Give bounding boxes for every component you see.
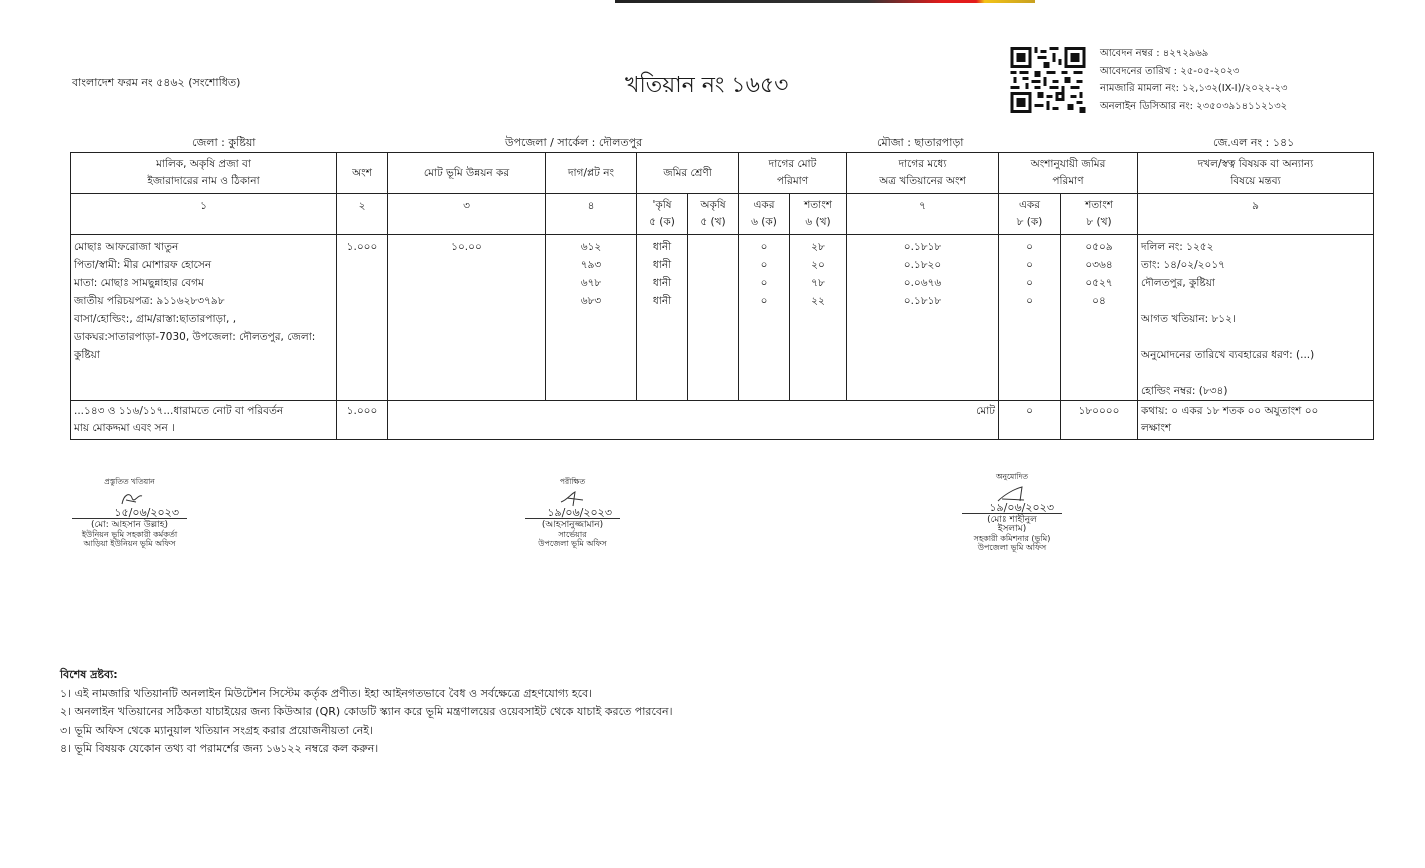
signature-approved: অনুমোদিত ১৯/০৬/২০২৩ (মোঃ শাহীনুল ইসলাম) … (962, 472, 1062, 552)
dag-numbers: ৬১২৭৯৩৬৭৮৬৮৩ (546, 235, 637, 401)
note-item: ১। এই নামজারি খতিয়ানটি অনলাইন মিউটেশন স… (60, 685, 673, 704)
share-decimal: ০৫০৯০৩৬৪০৫২৭০৪ (1061, 235, 1138, 401)
owner-nid: জাতীয় পরিচয়পত্র: ৯১১৬২৮৩৭৯৮ (74, 292, 333, 310)
footer-note: ...১৪৩ ও ১১৬/১১৭...ধারামতে নোট বা পরিবর্… (71, 401, 337, 440)
header-dag-no: দাগ/প্লট নং (546, 153, 637, 194)
col-num-5b: অকৃষি৫ (খ) (688, 194, 739, 235)
column-number-row: ১ ২ ৩ ৪ 'কৃষি৫ (ক) অকৃষি৫ (খ) একর৬ (ক) শ… (71, 194, 1374, 235)
khatian-table: মালিক, অকৃষি প্রজা বাইজারাদারের নাম ও ঠি… (70, 152, 1374, 440)
header-owner: মালিক, অকৃষি প্রজা বাইজারাদারের নাম ও ঠি… (71, 153, 337, 194)
owner-address-3: কুষ্টিয়া (74, 346, 333, 364)
notes-heading: বিশেষ দ্রষ্টব্য: (60, 666, 673, 685)
land-class-agri: ধানীধানীধানীধানী (637, 235, 688, 401)
dag-total-decimal: ২৮২০৭৮২২ (790, 235, 847, 401)
total-row: ...১৪৩ ও ১১৬/১১৭...ধারামতে নোট বা পরিবর্… (71, 401, 1374, 440)
remarks: দলিল নং: ১২৫২ তাং: ১৪/০২/২০১৭ দৌলতপুর, ক… (1138, 235, 1374, 401)
col-num-8a: একর৮ (ক) (999, 194, 1061, 235)
header-row: মালিক, অকৃষি প্রজা বাইজারাদারের নাম ও ঠি… (71, 153, 1374, 194)
note-item: ৩। ভূমি অফিস থেকে ম্যানুয়াল খতিয়ান সংগ… (60, 722, 673, 741)
signature-scrawl-icon (525, 490, 620, 508)
signature-scrawl-icon (72, 490, 187, 508)
header-land-class: জমির শ্রেণী (637, 153, 739, 194)
total-decimal: ১৮০০০০ (1061, 401, 1138, 440)
owner-row: মোছাঃ আফরোজা খাতুন পিতা/স্বামী: মীর মোশা… (71, 235, 1374, 401)
deed-date: তাং: ১৪/০২/২০১৭ (1141, 256, 1370, 274)
district: জেলা : কুষ্টিয়া (192, 134, 256, 153)
qr-code-icon (1010, 47, 1086, 113)
dag-total-acre: ০০০০ (739, 235, 790, 401)
incoming-khatian: আগত খতিয়ান: ৮১২। (1141, 310, 1370, 328)
total-in-words: কথায়: ০ একর ১৮ শতক ০০ অযুতাংশ ০০লক্ষাংশ (1138, 401, 1374, 440)
share-in-dag: ০.১৮১৮০.১৮২০০.০৬৭৬০.১৮১৮ (847, 235, 999, 401)
jl-number: জে.এল নং : ১৪১ (1213, 134, 1294, 153)
header-land-dev-tax: মোট ভূমি উন্নয়ন কর (388, 153, 546, 194)
col-num-1: ১ (71, 194, 337, 235)
mouza: মৌজা : ছাতারপাড়া (877, 134, 964, 153)
footer-share: ১.০০০ (337, 401, 388, 440)
holding-number: হোল্ডিং নম্বর: (৮৩৪) (1141, 382, 1370, 400)
total-acre: ০ (999, 401, 1061, 440)
note-item: ৪। ভূমি বিষয়ক যেকোন তথ্য বা পরামর্শের জ… (60, 740, 673, 759)
header-share: অংশ (337, 153, 388, 194)
total-label: মোট (388, 401, 999, 440)
col-num-2: ২ (337, 194, 388, 235)
share-acre: ০০০০ (999, 235, 1061, 401)
signature-examined: পরীক্ষিত ১৯/০৬/২০২৩ (আহসানুজ্জামান) সার্… (525, 477, 620, 548)
mutation-case-number: নামজারি মামলা নং: ১২,১৩২(IX-I)/২০২২-২৩ (1100, 80, 1287, 98)
application-number: আবেদন নম্বর : ৪২৭২৯৬৯ (1100, 45, 1287, 63)
application-date: আবেদনের তারিখ : ২৫-০৫-২০২৩ (1100, 63, 1287, 81)
col-num-8b: শতাংশ৮ (খ) (1061, 194, 1138, 235)
header-remarks: দখল/স্বত্ব বিষয়ক বা অন্যান্যবিষয়ে মন্ত… (1138, 153, 1374, 194)
owner-name: মোছাঃ আফরোজা খাতুন (74, 238, 333, 256)
top-color-strip (615, 0, 1035, 3)
upazila-circle: উপজেলা / সার্কেল : দৌলতপুর (505, 134, 642, 153)
header-land-by-share: অংশানুযায়ী জমিরপরিমাণ (999, 153, 1138, 194)
col-num-5a: 'কৃষি৫ (ক) (637, 194, 688, 235)
owner-share: ১.০০০ (337, 235, 388, 401)
header-share-in-dag: দাগের মধ্যেঅত্র খতিয়ানের অংশ (847, 153, 999, 194)
owner-father-husband: পিতা/স্বামী: মীর মোশারফ হোসেন (74, 256, 333, 274)
owner-details: মোছাঃ আফরোজা খাতুন পিতা/স্বামী: মীর মোশা… (71, 235, 337, 401)
application-info: আবেদন নম্বর : ৪২৭২৯৬৯ আবেদনের তারিখ : ২৫… (1100, 45, 1287, 115)
land-class-nonagri (688, 235, 739, 401)
online-dcr-number: অনলাইন ডিসিআর নং: ২৩৫০৩৯১৪১১২১৩২ (1100, 98, 1287, 116)
signature-prepared: প্রস্তুতিত খতিয়ান ১৫/০৬/২০২৩ (মো: আহসান… (72, 477, 187, 548)
col-num-6b: শতাংশ৬ (খ) (790, 194, 847, 235)
deed-place: দৌলতপুর, কুষ্টিয়া (1141, 274, 1370, 292)
col-num-4: ৪ (546, 194, 637, 235)
col-num-3: ৩ (388, 194, 546, 235)
signature-scrawl-icon (962, 485, 1062, 503)
deed-number: দলিল নং: ১২৫২ (1141, 238, 1370, 256)
col-num-9: ৯ (1138, 194, 1374, 235)
header-dag-total: দাগের মোটপরিমাণ (739, 153, 847, 194)
owner-address-1: বাসা/হোল্ডিং:, গ্রাম/রাস্তা:ছাতারপাড়া, … (74, 310, 333, 328)
owner-address-2: ডাকঘর:সাতারপাড়া-7030, উপজেলা: দৌলতপুর, … (74, 328, 333, 346)
owner-mother: মাতা: মোছাঃ সামছুন্নাহার বেগম (74, 274, 333, 292)
col-num-6a: একর৬ (ক) (739, 194, 790, 235)
form-number: বাংলাদেশ ফরম নং ৫৪৬২ (সংশোধিত) (72, 74, 240, 93)
usage-type: অনুমোদনের তারিখে ব্যবহারের ধরণ: (...) (1141, 346, 1370, 364)
note-item: ২। অনলাইন খতিয়ানের সঠিকতা যাচাইয়ের জন্… (60, 703, 673, 722)
land-dev-tax: ১০.০০ (388, 235, 546, 401)
special-notes: বিশেষ দ্রষ্টব্য: ১। এই নামজারি খতিয়ানটি… (60, 666, 673, 759)
col-num-7: ৭ (847, 194, 999, 235)
page-title: খতিয়ান নং ১৬৫৩ (625, 68, 788, 105)
